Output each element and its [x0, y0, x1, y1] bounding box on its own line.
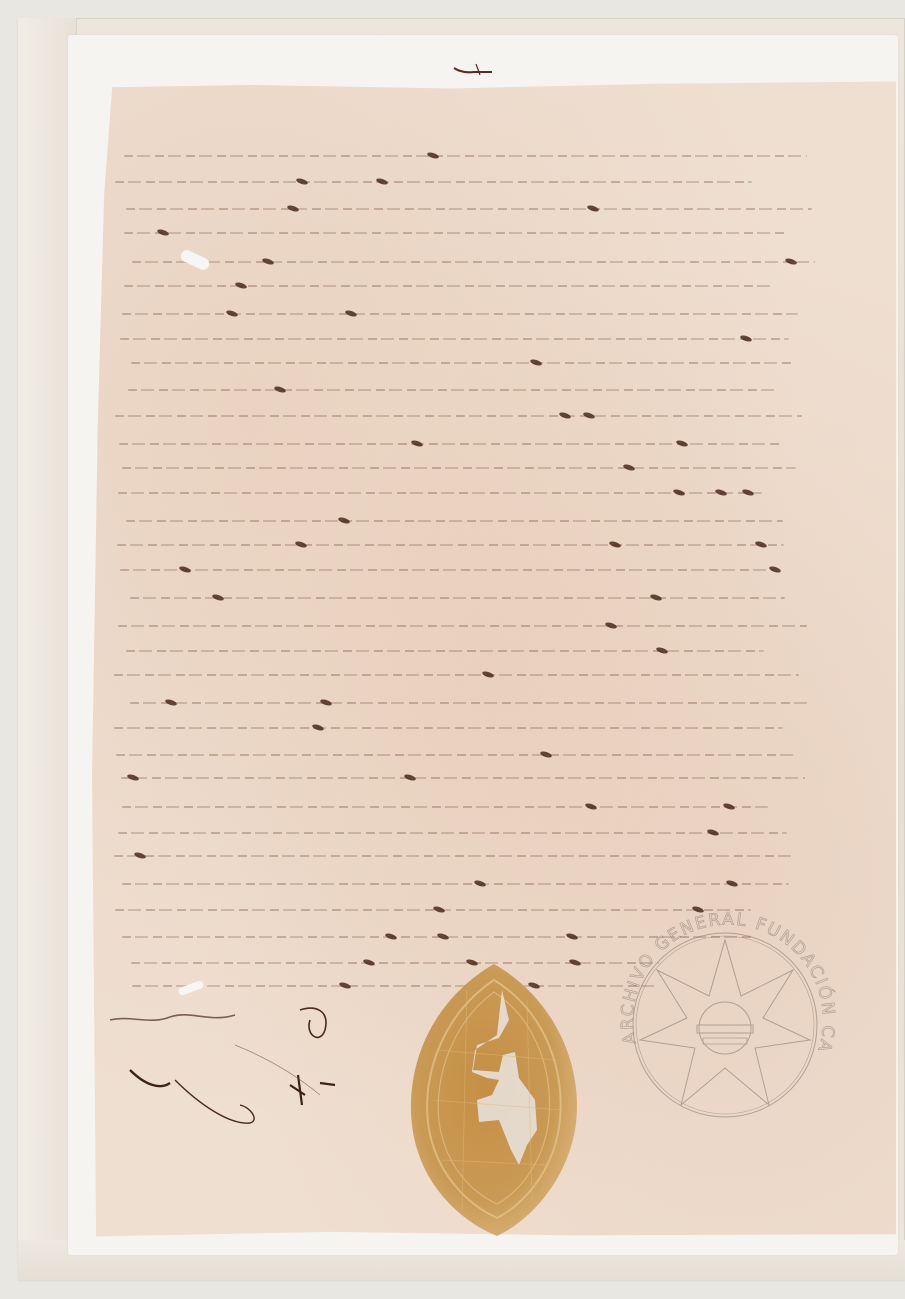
ink-blot — [426, 151, 439, 159]
ink-blot — [768, 565, 781, 573]
handwriting-line — [126, 520, 783, 522]
ink-blot — [726, 880, 739, 888]
ink-blot — [295, 541, 308, 549]
handwriting-line — [122, 313, 798, 315]
ink-blot — [672, 488, 685, 496]
ink-blot — [338, 516, 351, 524]
handwriting-line — [131, 362, 793, 364]
signature-scrawl — [100, 975, 360, 1135]
handwriting-line — [122, 883, 789, 885]
ink-blot — [432, 905, 445, 913]
ink-blot — [376, 177, 389, 185]
handwriting-line — [122, 467, 796, 469]
handwriting-line — [124, 285, 774, 287]
handwriting-line — [118, 492, 762, 494]
ink-blot — [474, 880, 487, 888]
ink-blot — [225, 309, 238, 317]
ink-blot — [410, 439, 423, 447]
ink-blot — [742, 488, 755, 496]
ink-blot — [584, 802, 597, 810]
ink-blot — [540, 750, 553, 758]
handwriting-line — [114, 674, 799, 676]
handwriting-line — [124, 232, 785, 234]
handwriting-line — [126, 650, 764, 652]
ink-blot — [178, 565, 191, 573]
ink-blot — [212, 593, 225, 601]
ink-blot — [273, 385, 286, 393]
archive-watermark: ARCHIVO GENERAL FUNDACIÓN CASA MEDINA SI… — [603, 900, 848, 1145]
handwriting-line — [120, 338, 789, 340]
ink-blot — [655, 646, 668, 654]
handwriting-line — [114, 855, 793, 857]
ink-blot — [529, 358, 542, 366]
handwriting-line — [126, 208, 811, 210]
handwriting-line — [124, 155, 807, 157]
ink-blot — [320, 699, 333, 707]
handwriting-line — [130, 702, 811, 704]
handwriting-line — [115, 181, 752, 183]
ink-blot — [345, 309, 358, 317]
ink-blot — [404, 774, 417, 782]
watermark-text: ARCHIVO GENERAL FUNDACIÓN CASA MEDINA SI… — [603, 900, 838, 1056]
wax-seal — [407, 960, 582, 1240]
ink-blot — [649, 593, 662, 601]
ink-blot — [675, 439, 688, 447]
handwriting-line — [121, 777, 804, 779]
handwriting-line — [118, 832, 786, 834]
ink-blot — [739, 334, 752, 342]
svg-text:ARCHIVO GENERAL FUNDACIÓN CASA: ARCHIVO GENERAL FUNDACIÓN CASA MEDINA SI… — [603, 900, 838, 1056]
handwriting-line — [120, 569, 775, 571]
handwriting-line — [118, 625, 807, 627]
ink-blot — [722, 802, 735, 810]
ink-blot — [582, 411, 595, 419]
ink-blot — [566, 932, 579, 940]
handwriting-line — [132, 261, 815, 263]
ink-blot — [481, 670, 494, 678]
handwriting-line — [115, 415, 802, 417]
ink-blot — [234, 281, 247, 289]
handwriting-line — [130, 597, 785, 599]
paper-hole — [179, 248, 211, 272]
ink-blot — [605, 621, 618, 629]
ink-blot — [157, 228, 170, 236]
ink-blot — [586, 204, 599, 212]
handwriting-line — [116, 754, 796, 756]
ink-blot — [754, 541, 767, 549]
ink-blot — [295, 177, 308, 185]
ink-blot — [715, 488, 728, 496]
handwriting-line — [117, 544, 783, 546]
ink-blot — [165, 699, 178, 707]
ink-blot — [707, 828, 720, 836]
handwriting-line — [114, 727, 783, 729]
ink-blot — [608, 541, 621, 549]
handwriting-line — [128, 389, 779, 391]
ink-blot — [436, 932, 449, 940]
handwriting-line — [122, 806, 768, 808]
ink-blot — [312, 723, 325, 731]
ink-blot — [261, 257, 274, 265]
ink-blot — [622, 463, 635, 471]
folio-mark — [452, 63, 504, 77]
ink-blot — [363, 958, 376, 966]
ink-blot — [384, 932, 397, 940]
ink-blot — [559, 411, 572, 419]
ink-blot — [126, 774, 139, 782]
ink-blot — [784, 257, 797, 265]
ink-blot — [134, 852, 147, 860]
ink-blot — [287, 204, 300, 212]
